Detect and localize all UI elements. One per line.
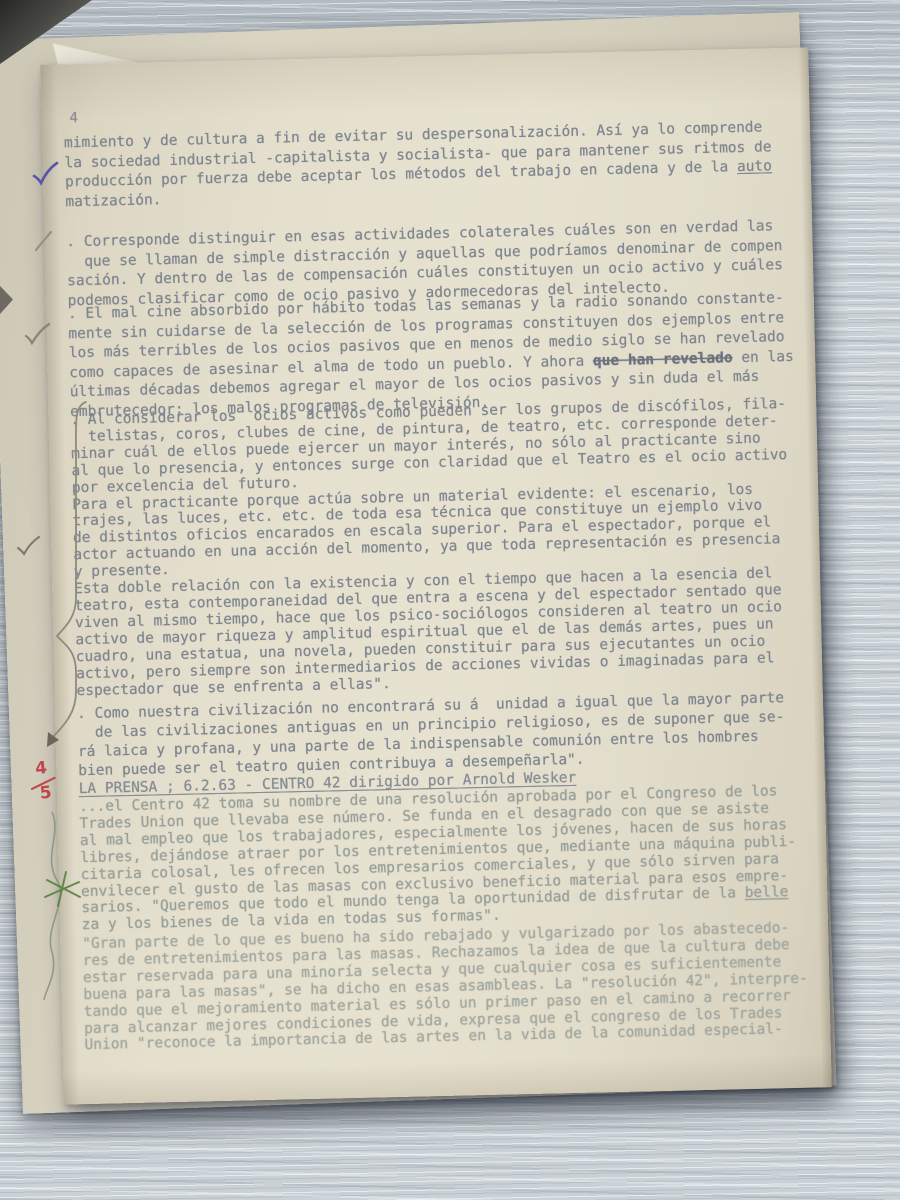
paragraph-1: mimiento y de cultura a fin de evitar su… xyxy=(64,118,773,212)
paragraph-7: "Gran parte de lo que es bueno ha sido r… xyxy=(82,920,809,1055)
fraction-numerator: 4 xyxy=(34,758,48,779)
page-number: 4 xyxy=(69,110,78,126)
paragraph-5: . Como nuestra civilización no encontrar… xyxy=(77,689,786,781)
desk-surface: 4 mimiento y de cultura a fin de evitar … xyxy=(0,0,900,1200)
paragraph-4: . Al considerar los ocios activos como p… xyxy=(70,396,792,700)
crossed-out-text: que han revelado xyxy=(593,350,733,369)
fraction-denominator: 5 xyxy=(39,783,53,804)
underlined-word: auto xyxy=(737,158,772,175)
typewritten-content: 4 mimiento y de cultura a fin de evitar … xyxy=(40,47,831,1104)
margin-fraction: 4 5 xyxy=(25,758,68,812)
paragraph-6: ...el Centro 42 toma su nombre de una re… xyxy=(79,783,798,934)
underlined-word: belle xyxy=(745,885,789,902)
document-page: 4 mimiento y de cultura a fin de evitar … xyxy=(40,47,831,1104)
